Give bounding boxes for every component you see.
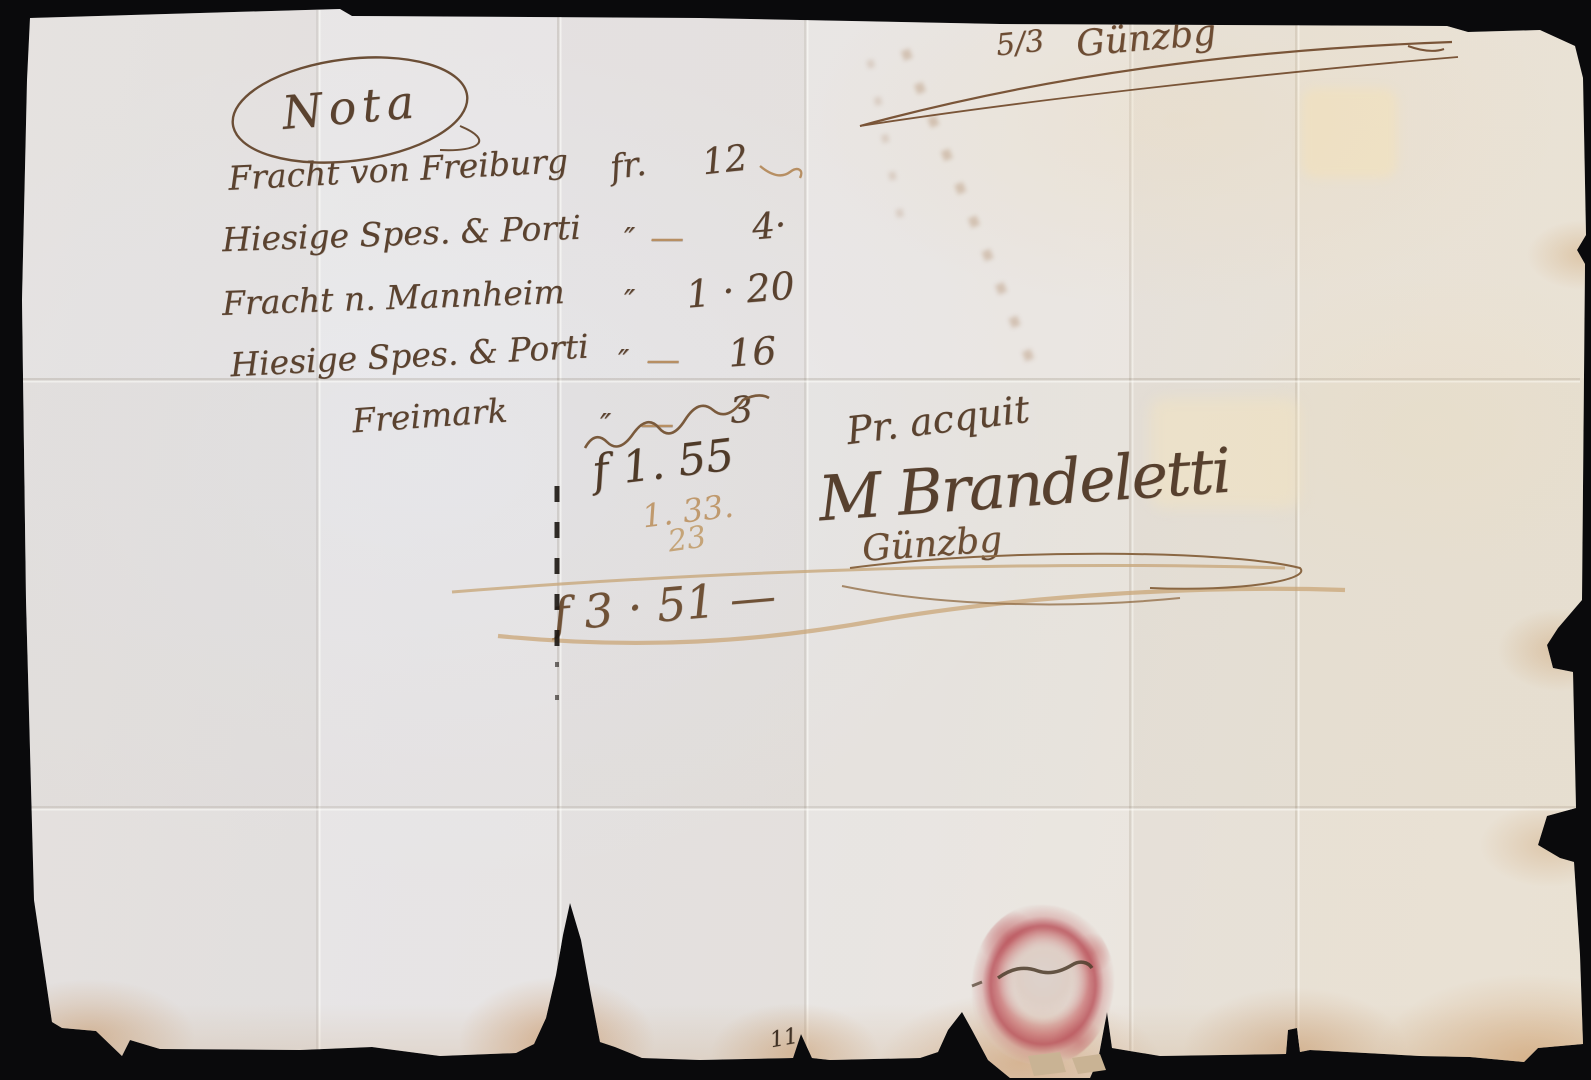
line-item-label: Hiesige Spes. & Porti (229, 327, 589, 385)
subtotal-amount: f 1. 55 (589, 430, 736, 498)
dash-mark: — (646, 340, 680, 380)
line-item-amount: 1 · 20 (684, 263, 796, 316)
scanned-letter-scene: Nota Fracht von Freiburg fr. 12 Hiesige … (0, 0, 1591, 1080)
line-item-amount: 3 (728, 389, 754, 432)
ditto-mark: ″ (600, 408, 611, 443)
total-amount: f 3 · 51 — (550, 568, 778, 641)
line-item-label: Hiesige Spes. & Porti (221, 208, 581, 260)
currency-mark: fr. (607, 144, 648, 189)
receipt-note: Pr. acquit (844, 387, 1032, 453)
line-item-amount: 4· (750, 205, 788, 249)
line-item-amount: 16 (727, 328, 778, 375)
line-item-label: Fracht n. Mannheim (221, 272, 565, 323)
bottom-edge-notation: 11 (768, 1024, 800, 1053)
line-item-label: Fracht von Freiburg (227, 141, 569, 198)
dash-mark: — (650, 218, 684, 258)
fold-crease-horizontal (20, 806, 1580, 812)
signature-place: Günzbg (861, 519, 1004, 570)
paper-stain (1302, 88, 1397, 178)
ditto-mark: ″ (618, 344, 629, 379)
line-item-amount: 12 (700, 138, 750, 184)
document-title: Nota (280, 74, 422, 140)
ditto-mark: ″ (624, 222, 635, 257)
fold-crease-vertical (804, 14, 810, 1052)
line-item-label: Freimark (351, 391, 509, 441)
top-right-date: 5/3 (994, 24, 1046, 64)
ditto-mark: ″ (624, 284, 635, 319)
carryover-amount: 23 (666, 520, 709, 560)
wax-seal (972, 905, 1114, 1065)
fold-crease-vertical (1129, 24, 1135, 1052)
document-paper: Nota Fracht von Freiburg fr. 12 Hiesige … (0, 0, 1591, 1080)
top-right-place: Günzbg (1074, 12, 1217, 65)
fold-crease-vertical (1295, 24, 1301, 1052)
